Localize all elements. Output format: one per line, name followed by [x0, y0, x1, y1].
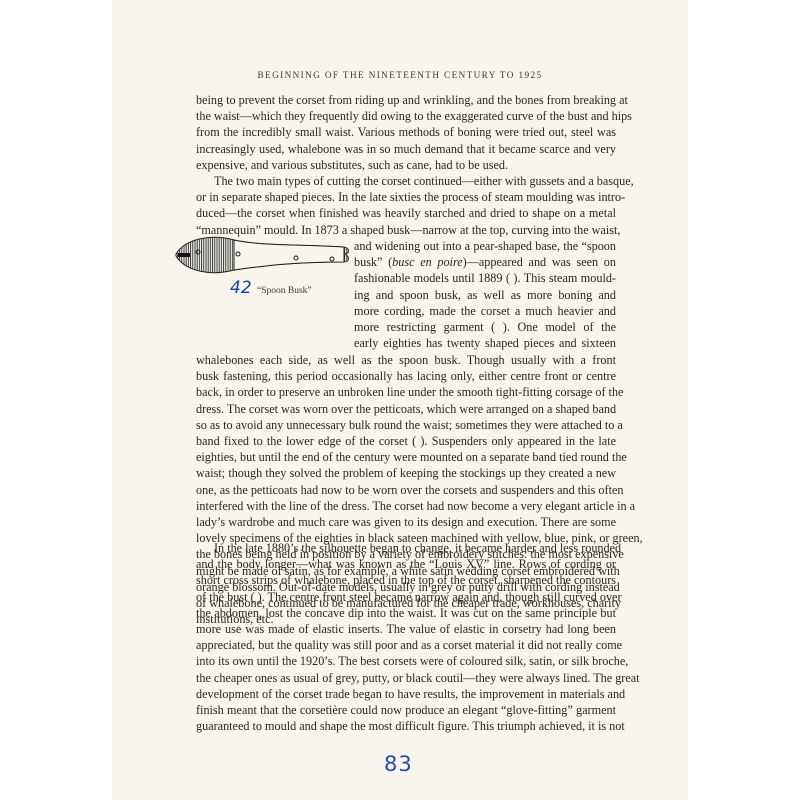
paragraph-2-intro: The two main types of cutting the corset… — [196, 173, 616, 238]
text-line: the abdomen, lost the concave dip into t… — [196, 605, 616, 621]
text-line: development of the corset trade began to… — [196, 686, 616, 702]
page-number-handwritten: 83 — [384, 752, 413, 776]
running-head: BEGINNING OF THE NINETEENTH CENTURY TO 1… — [112, 70, 688, 80]
figure-caption: “Spoon Busk” — [257, 286, 312, 296]
paragraph-3: In the late 1880’s the silhouette began … — [196, 540, 616, 734]
text-line: or in separate shaped pieces. In the lat… — [196, 189, 616, 205]
text-line: the waist—which they frequently did owin… — [196, 108, 616, 124]
text-line: duced—the corset when finished was heavi… — [196, 205, 616, 221]
text-line: guaranteed to mould and shape the most d… — [196, 718, 616, 734]
text-line: eighties, but until the end of the centu… — [196, 449, 616, 465]
text-line: and widening out into a pear-shaped base… — [354, 238, 616, 254]
text-line: dress. The corset was worn over the pett… — [196, 401, 616, 417]
paragraph-1: being to prevent the corset from riding … — [196, 92, 616, 173]
text-line: band fixed to the lower edge of the cors… — [196, 433, 616, 449]
text-line: fashionable models until 1889 ( ). This … — [354, 270, 616, 286]
text-line: so as to avoid any unnecessary bulk roun… — [196, 417, 616, 433]
text-line: ing and spoon busk, as well as more boni… — [354, 287, 616, 303]
text-line: busk fastening, this period occasionally… — [196, 368, 616, 384]
text-line: the cheaper ones as usual of grey, putty… — [196, 670, 616, 686]
text-line: The two main types of cutting the corset… — [196, 173, 616, 189]
text-line: short cross strips of whalebone, placed … — [196, 572, 616, 588]
text-line: back, in order to preserve an unbroken l… — [196, 384, 616, 400]
text-line: waist; though they solved the problem of… — [196, 465, 616, 481]
spoon-busk-icon — [172, 232, 352, 282]
text-line: finish meant that the corsetière could n… — [196, 702, 616, 718]
text-line: more restricting garment ( ). One model … — [354, 319, 616, 335]
text-line: In the late 1880’s the silhouette began … — [196, 540, 616, 556]
text-line: appreciated, but the quality was still p… — [196, 637, 616, 653]
text-line: of the bust ( ). The centre front steel … — [196, 589, 616, 605]
text-line: more use was made of elastic inserts. Th… — [196, 621, 616, 637]
figure-number-handwritten: 42 — [230, 278, 252, 298]
text-line: from the incredibly small waist. Various… — [196, 124, 616, 140]
text-line: being to prevent the corset from riding … — [196, 92, 616, 108]
text-line: one, as the petticoats had now to be wor… — [196, 482, 616, 498]
text-line: increasingly used, whalebone was in so m… — [196, 141, 616, 157]
text-line: and the body longer—what was known as th… — [196, 556, 616, 572]
text-line: whalebones each side, as well as the spo… — [196, 352, 616, 368]
book-page: BEGINNING OF THE NINETEENTH CENTURY TO 1… — [112, 0, 688, 800]
paragraph-2-wrapped: and widening out into a pear-shaped base… — [354, 238, 616, 351]
text-line: more cording, made the corset a much hea… — [354, 303, 616, 319]
text-line: busk” (busc en poire)—appeared and was s… — [354, 254, 616, 270]
text-line: into its own until the 1920’s. The best … — [196, 653, 616, 669]
text-line: early eighties has twenty shaped pieces … — [354, 335, 616, 351]
text-line: expensive, and various substitutes, such… — [196, 157, 616, 173]
text-line: lady’s wardrobe and much care was given … — [196, 514, 616, 530]
text-line: interfered with the line of the dress. T… — [196, 498, 616, 514]
